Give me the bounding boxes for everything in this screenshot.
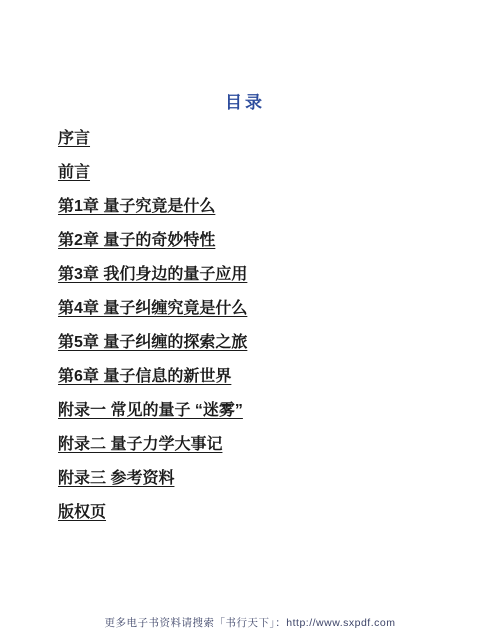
- toc-link-appendix-3[interactable]: 附录三 参考资料: [58, 470, 174, 487]
- toc-link-chapter-2[interactable]: 第2章 量子的奇妙特性: [58, 232, 215, 249]
- toc-link-chapter-5[interactable]: 第5章 量子纠缠的探索之旅: [58, 334, 247, 351]
- toc-link-chapter-4[interactable]: 第4章 量子纠缠究竟是什么: [58, 300, 247, 317]
- ebook-toc-page: 目录 序言 前言 第1章 量子究竟是什么 第2章 量子的奇妙特性 第3章 我们身…: [0, 0, 500, 638]
- toc-link-preface[interactable]: 序言: [58, 130, 90, 147]
- toc-link-copyright[interactable]: 版权页: [58, 504, 106, 521]
- toc-link-chapter-1[interactable]: 第1章 量子究竟是什么: [58, 198, 215, 215]
- table-of-contents: 序言 前言 第1章 量子究竟是什么 第2章 量子的奇妙特性 第3章 我们身边的量…: [58, 130, 460, 538]
- toc-link-appendix-1[interactable]: 附录一 常见的量子 “迷雾”: [58, 402, 243, 419]
- toc-link-appendix-2[interactable]: 附录二 量子力学大事记: [58, 436, 222, 453]
- toc-link-chapter-3[interactable]: 第3章 我们身边的量子应用: [58, 266, 247, 283]
- toc-link-foreword[interactable]: 前言: [58, 164, 90, 181]
- watermark-footer-text: 更多电子书资料请搜索「书行天下」：http://www.sxpdf.com: [0, 615, 500, 630]
- page-title: 目录: [0, 88, 490, 113]
- toc-link-chapter-6[interactable]: 第6章 量子信息的新世界: [58, 368, 231, 385]
